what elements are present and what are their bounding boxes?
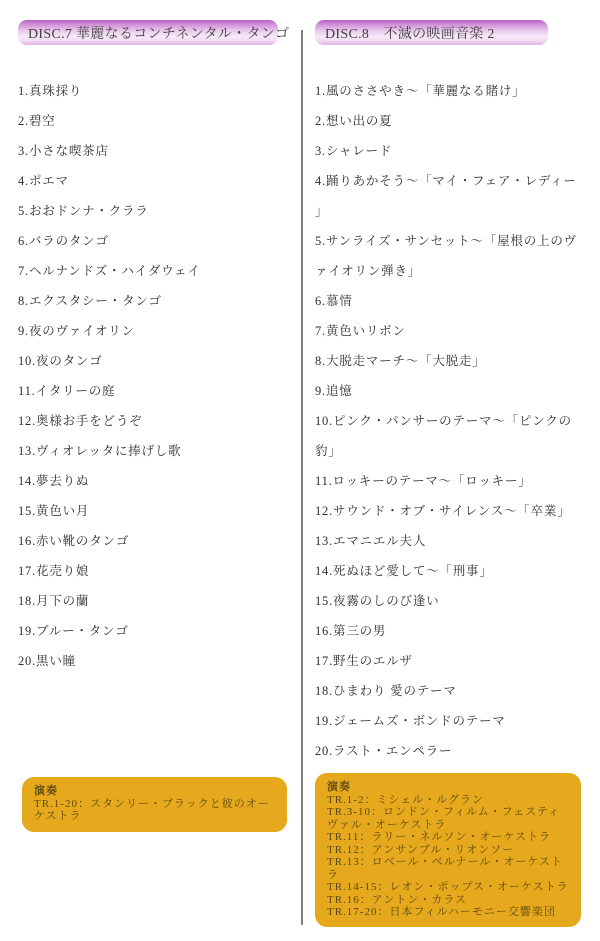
disc8-track-list: 1.風のささやき～「華麗なる賭け」 2.想い出の夏 3.シャレード 4.踊りあか… [315, 76, 577, 766]
track-item: 7.ヘルナンドズ・ハイダウェイ [18, 256, 280, 286]
track-item: 1.真珠採り [18, 76, 280, 106]
track-item: 19.ジェームズ・ボンドのテーマ [315, 706, 577, 736]
track-item: 14.死ぬほど愛して～「刑事」 [315, 556, 577, 586]
track-item: 3.小さな喫茶店 [18, 136, 280, 166]
track-item: 16.赤い靴のタンゴ [18, 526, 280, 556]
track-item: 10.ピンク・パンサーのテーマ～「ピンクの豹」 [315, 406, 577, 466]
disc8-header-title: DISC.8 不滅の映画音楽 2 [325, 23, 495, 43]
disc7-column: DISC.7 華麗なるコンチネンタル・タンゴ 1.真珠採り 2.碧空 3.小さな… [18, 20, 280, 676]
track-item: 19.ブルー・タンゴ [18, 616, 280, 646]
disc7-track-list: 1.真珠採り 2.碧空 3.小さな喫茶店 4.ポエマ 5.おおドンナ・クララ 6… [18, 76, 280, 676]
disc7-performers-list: TR.1-20：スタンリー・ブラックと彼のオーケストラ [34, 798, 275, 823]
column-divider [301, 30, 303, 925]
track-item: 6.慕情 [315, 286, 577, 316]
performer-line: TR.16：アントン・カラス [327, 894, 569, 907]
track-item: 20.黒い瞳 [18, 646, 280, 676]
performer-line: TR.13：ロベール・ベルナール・オーケストラ [327, 856, 569, 881]
performer-line: TR.12：アンサンブル・リオンソー [327, 844, 569, 857]
track-item: 2.想い出の夏 [315, 106, 577, 136]
disc7-header-title: DISC.7 華麗なるコンチネンタル・タンゴ [28, 23, 289, 43]
track-item: 11.ロッキーのテーマ～「ロッキー」 [315, 466, 577, 496]
track-item: 12.サウンド・オブ・サイレンス～「卒業」 [315, 496, 577, 526]
performer-line: TR.14-15：レオン・ポップス・オーケストラ [327, 881, 569, 894]
track-item: 17.花売り娘 [18, 556, 280, 586]
track-item: 4.踊りあかそう～「マイ・フェア・レディー」 [315, 166, 577, 226]
track-item: 7.黄色いリボン [315, 316, 577, 346]
disc8-performers-box: 演奏 TR.1-2：ミシェル・ルグラン TR.3-10：ロンドン・フィルム・フェ… [315, 773, 581, 927]
disc7-header: DISC.7 華麗なるコンチネンタル・タンゴ [18, 20, 278, 45]
performer-line: TR.11：ラリー・ネルソン・オーケストラ [327, 831, 569, 844]
track-item: 9.夜のヴァイオリン [18, 316, 280, 346]
track-item: 6.バラのタンゴ [18, 226, 280, 256]
track-item: 20.ラスト・エンペラー [315, 736, 577, 766]
track-item: 16.第三の男 [315, 616, 577, 646]
track-item: 10.夜のタンゴ [18, 346, 280, 376]
track-item: 3.シャレード [315, 136, 577, 166]
track-item: 5.おおドンナ・クララ [18, 196, 280, 226]
track-item: 13.ヴィオレッタに捧げし歌 [18, 436, 280, 466]
track-item: 2.碧空 [18, 106, 280, 136]
track-item: 17.野生のエルザ [315, 646, 577, 676]
track-item: 15.黄色い月 [18, 496, 280, 526]
track-item: 1.風のささやき～「華麗なる賭け」 [315, 76, 577, 106]
disc8-column: DISC.8 不滅の映画音楽 2 1.風のささやき～「華麗なる賭け」 2.想い出… [315, 20, 577, 766]
disc8-header: DISC.8 不滅の映画音楽 2 [315, 20, 548, 45]
performers-title: 演奏 [327, 781, 569, 794]
track-item: 8.エクスタシー・タンゴ [18, 286, 280, 316]
track-item: 14.夢去りぬ [18, 466, 280, 496]
disc8-performers-list: TR.1-2：ミシェル・ルグラン TR.3-10：ロンドン・フィルム・フェスティ… [327, 794, 569, 919]
performer-line: TR.17-20：日本フィルハーモニー交響楽団 [327, 906, 569, 919]
track-item: 18.月下の蘭 [18, 586, 280, 616]
track-item: 4.ポエマ [18, 166, 280, 196]
performers-title: 演奏 [34, 785, 275, 798]
track-item: 9.追憶 [315, 376, 577, 406]
performer-line: TR.1-2：ミシェル・ルグラン [327, 794, 569, 807]
track-item: 15.夜霧のしのび逢い [315, 586, 577, 616]
track-item: 11.イタリーの庭 [18, 376, 280, 406]
disc7-performers-box: 演奏 TR.1-20：スタンリー・ブラックと彼のオーケストラ [22, 777, 287, 832]
track-item: 13.エマニエル夫人 [315, 526, 577, 556]
track-item: 12.奥様お手をどうぞ [18, 406, 280, 436]
performer-line: TR.1-20：スタンリー・ブラックと彼のオーケストラ [34, 798, 275, 823]
liner-notes-page: DISC.7 華麗なるコンチネンタル・タンゴ 1.真珠採り 2.碧空 3.小さな… [0, 0, 600, 941]
track-item: 8.大脱走マーチ～「大脱走」 [315, 346, 577, 376]
performer-line: TR.3-10：ロンドン・フィルム・フェスティヴァル・オーケストラ [327, 806, 569, 831]
track-item: 5.サンライズ・サンセット～「屋根の上のヴァイオリン弾き」 [315, 226, 577, 286]
track-item: 18.ひまわり 愛のテーマ [315, 676, 577, 706]
